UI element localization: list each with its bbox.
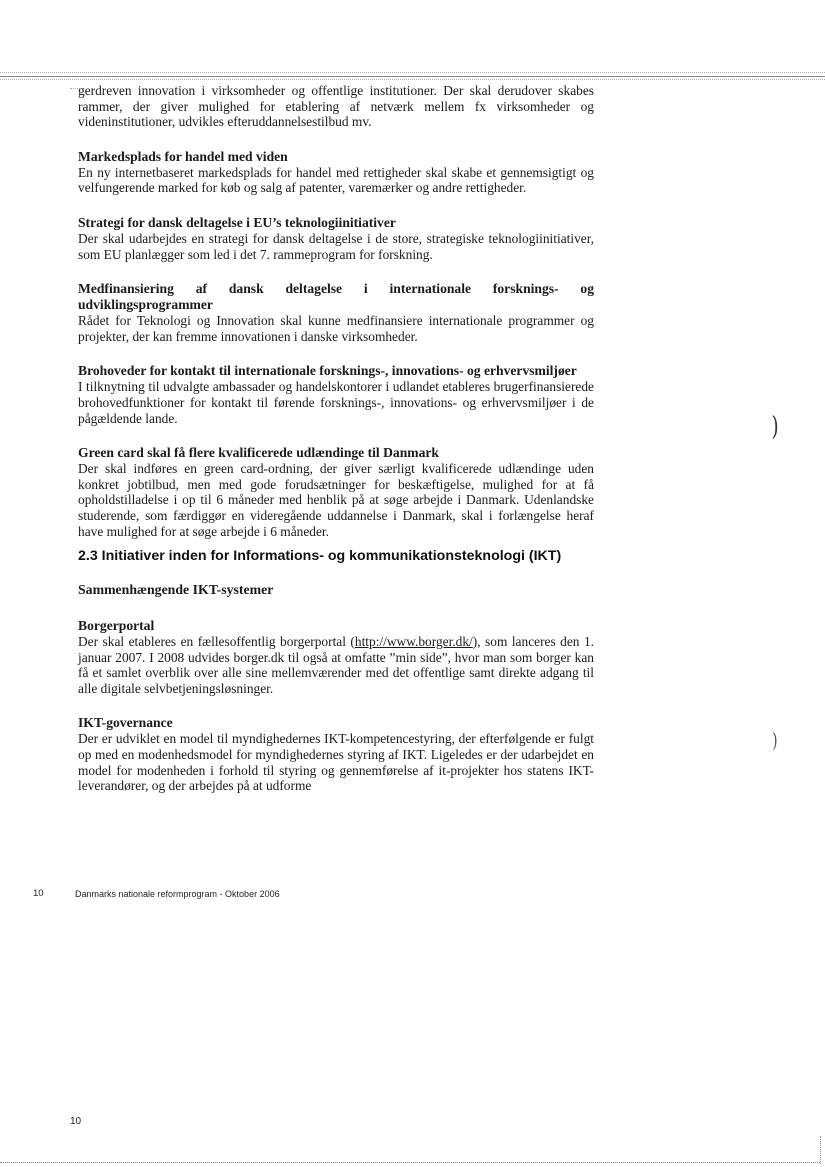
initiative-heading: Strategi for dansk deltagelse i EU’s tek…	[78, 215, 594, 231]
margin-mark: )	[772, 728, 777, 752]
continuation-paragraph: gerdreven innovation i virksomheder og o…	[78, 83, 594, 130]
initiative-ikt-governance: IKT-governance Der er udviklet en model …	[78, 715, 594, 793]
initiative-text: Der er udviklet en model til myndigheder…	[78, 731, 594, 793]
page-number: 10	[70, 1116, 81, 1127]
initiative-text: Der skal indføres en green card-ordning,…	[78, 461, 594, 539]
initiative-eu-strategi: Strategi for dansk deltagelse i EU’s tek…	[78, 215, 594, 262]
initiative-green-card: Green card skal få flere kvalificerede u…	[78, 445, 594, 539]
initiative-heading: Markedsplads for handel med viden	[78, 149, 594, 165]
paragraph-text: gerdreven innovation i virksomheder og o…	[78, 83, 594, 130]
borger-dk-link[interactable]: http://www.borger.dk/	[355, 634, 473, 649]
initiative-borgerportal: Borgerportal Der skal etableres en fælle…	[78, 618, 594, 696]
scan-rule-right	[820, 1136, 821, 1164]
scan-rule-top	[0, 79, 825, 80]
scan-rule-top	[0, 72, 825, 73]
initiative-heading: IKT-governance	[78, 715, 594, 731]
initiative-text: I tilknytning til udvalgte ambassader og…	[78, 379, 594, 426]
margin-mark: )	[772, 412, 779, 442]
initiative-heading: Brohoveder for kontakt til international…	[78, 363, 594, 379]
subsection-title: Sammenhængende IKT-systemer	[78, 582, 594, 598]
scan-rule-bottom	[0, 1162, 820, 1163]
text-before-link: Der skal etableres en fællesoffentlig bo…	[78, 634, 355, 649]
initiative-brohoveder: Brohoveder for kontakt til international…	[78, 363, 594, 426]
initiative-medfinansiering: Medfinansiering af dansk deltagelse i in…	[78, 281, 594, 344]
initiative-text: En ny internetbaseret markedsplads for h…	[78, 165, 594, 196]
section-title: 2.3 Initiativer inden for Informations- …	[78, 547, 594, 565]
initiative-text: Der skal udarbejdes en strategi for dans…	[78, 231, 594, 262]
footer-title: Danmarks nationale reformprogram - Oktob…	[75, 889, 280, 899]
initiative-text: Rådet for Teknologi og Innovation skal k…	[78, 313, 594, 344]
footer-page-number: 10	[33, 888, 44, 899]
page-content: gerdreven innovation i virksomheder og o…	[78, 83, 594, 813]
initiative-heading: Green card skal få flere kvalificerede u…	[78, 445, 594, 461]
initiative-markedsplads: Markedsplads for handel med viden En ny …	[78, 149, 594, 196]
scan-rule-top	[0, 76, 825, 77]
initiative-text: Der skal etableres en fællesoffentlig bo…	[78, 634, 594, 696]
initiative-heading: Medfinansiering af dansk deltagelse i in…	[78, 281, 594, 313]
initiative-heading: Borgerportal	[78, 618, 594, 634]
